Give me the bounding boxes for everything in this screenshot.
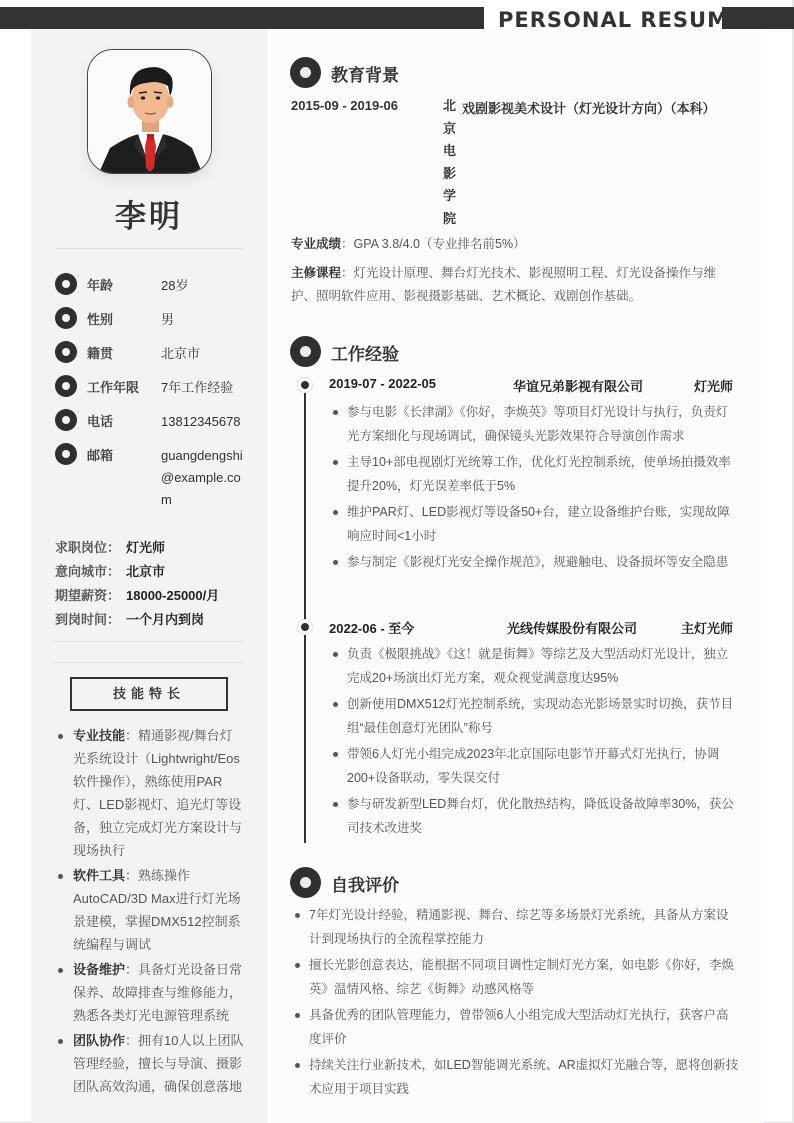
education-major: 戏剧影视美术设计（灯光设计方向）（本科）: [462, 98, 716, 117]
sidebar: 李明 年龄 28岁 性别 男 籍贯 北京市 工作年限 7年工作经验 电话 138…: [31, 29, 267, 1123]
avatar-portrait-icon: [88, 50, 212, 174]
info-value: 28岁: [161, 275, 247, 297]
job-company: 光线传媒股份有限公司: [507, 618, 637, 637]
self-evaluation-item: 擅长光影创意表达，能根据不同项目调性定制灯光方案，如电影《你好，李焕英》温情风格…: [291, 953, 739, 1001]
email-link[interactable]: guangdengshi@example.com: [161, 445, 247, 511]
job-intent-city: 意向城市：北京市: [55, 561, 165, 581]
info-value: 男: [161, 309, 247, 331]
education-gpa: 专业成绩：GPA 3.8/4.0（专业排名前5%）: [291, 233, 741, 256]
section-title: 自我评价: [331, 871, 399, 896]
info-label: 工作年限: [87, 377, 139, 396]
info-row-hometown: 籍贯 北京市: [55, 340, 255, 370]
info-label: 性别: [87, 309, 113, 328]
circle-bullet-icon: [55, 307, 77, 329]
section-bullet-icon: [290, 867, 321, 898]
circle-bullet-icon: [55, 443, 77, 465]
skill-item: 软件工具：熟练操作AutoCAD/3D Max进行灯光场景建模，掌握DMX512…: [55, 864, 245, 956]
job-bullet: 维护PAR灯、LED影视灯等设备50+台，建立设备维护台账，实现故障响应时间<1…: [329, 500, 739, 548]
timeline-line: [304, 385, 306, 843]
job-bullet: 参与电影《长津湖》《你好，李焕英》等项目灯光设计与执行，负责灯光方案细化与现场调…: [329, 400, 739, 448]
circle-bullet-icon: [55, 409, 77, 431]
avatar: [87, 49, 212, 174]
skill-item: 团队协作：拥有10人以上团队管理经验，擅长与导演、摄影团队高效沟通，确保创意落地: [55, 1029, 245, 1098]
job-position: 灯光师: [694, 376, 733, 395]
info-label: 年龄: [87, 275, 113, 294]
job-bullets: 负责《极限挑战》《这！就是街舞》等综艺及大型活动灯光设计，独立完成20+场演出灯…: [329, 642, 739, 842]
self-evaluation-item: 持续关注行业新技术，如LED智能调光系统、AR虚拟灯光融合等，愿将创新技术应用于…: [291, 1053, 739, 1101]
circle-bullet-icon: [55, 273, 77, 295]
info-label: 电话: [87, 411, 113, 430]
job-date: 2022-06 - 至今: [329, 618, 414, 637]
job-date: 2019-07 - 2022-05: [329, 376, 436, 391]
info-row-age: 年龄 28岁: [55, 272, 255, 302]
divider: [55, 248, 243, 249]
skills-list: 专业技能：精通影视/舞台灯光系统设计（Lightwright/Eos软件操作），…: [55, 724, 245, 1100]
job-header: 2019-07 - 2022-05 华谊兄弟影视有限公司 灯光师: [329, 376, 733, 396]
info-value: 北京市: [161, 343, 247, 365]
info-row-gender: 性别 男: [55, 306, 255, 336]
info-label: 籍贯: [87, 343, 113, 362]
circle-bullet-icon: [55, 341, 77, 363]
education-school: 北京电影学院: [443, 95, 457, 230]
job-bullets: 参与电影《长津湖》《你好，李焕英》等项目灯光设计与执行，负责灯光方案细化与现场调…: [329, 400, 739, 576]
divider: [55, 662, 243, 663]
job-intent-start: 到岗时间：一个月内到岗: [55, 609, 204, 629]
job-intent-salary: 期望薪资：18000-25000/月: [55, 585, 219, 605]
divider: [55, 641, 243, 642]
section-title: 工作经验: [331, 340, 399, 365]
info-label: 邮箱: [87, 445, 113, 464]
section-bullet-icon: [290, 57, 321, 88]
education-date: 2015-09 - 2019-06: [291, 98, 398, 113]
job-intent-position: 求职岗位：灯光师: [55, 537, 165, 557]
self-evaluation-item: 7年灯光设计经验，精通影视、舞台、综艺等多场景灯光系统，具备从方案设计到现场执行…: [291, 903, 739, 951]
section-bullet-icon: [290, 336, 321, 367]
skills-title: 技能特长: [70, 677, 228, 711]
job-bullet: 带领6人灯光小组完成2023年北京国际电影节开幕式灯光执行，协调200+设备联动…: [329, 742, 739, 790]
section-title: 教育背景: [331, 61, 399, 86]
timeline-dot-icon: [297, 619, 313, 635]
timeline-dot-icon: [297, 377, 313, 393]
job-bullet: 参与研发新型LED舞台灯，优化散热结构，降低设备故障率30%，获公司技术改进奖: [329, 792, 739, 840]
self-evaluation-item: 具备优秀的团队管理能力，曾带领6人小组完成大型活动灯光执行，获客户高度评价: [291, 1003, 739, 1051]
info-row-phone: 电话 13812345678: [55, 408, 255, 438]
job-position: 主灯光师: [681, 618, 733, 637]
circle-bullet-icon: [55, 375, 77, 397]
skill-item: 设备维护：具备灯光设备日常保养、故障排查与维修能力，熟悉各类灯光电源管理系统: [55, 958, 245, 1027]
job-bullet: 创新使用DMX512灯光控制系统，实现动态光影场景实时切换，获节目组“最佳创意灯…: [329, 692, 739, 740]
job-bullet: 参与制定《影视灯光安全操作规范》，规避触电、设备损坏等安全隐患: [329, 550, 739, 574]
profile-name: 李明: [31, 191, 267, 236]
info-value: 13812345678: [161, 411, 247, 433]
info-row-email: 邮箱 guangdengshi@example.com: [55, 442, 255, 512]
info-row-experience: 工作年限 7年工作经验: [55, 374, 255, 404]
education-courses: 主修课程：灯光设计原理、舞台灯光技术、影视照明工程、灯光设备操作与维护、照明软件…: [291, 262, 741, 308]
main-content: 教育背景 2015-09 - 2019-06 北京电影学院 戏剧影视美术设计（灯…: [267, 29, 764, 1123]
job-header: 2022-06 - 至今 光线传媒股份有限公司 主灯光师: [329, 618, 733, 638]
self-evaluation-list: 7年灯光设计经验，精通影视、舞台、综艺等多场景灯光系统，具备从方案设计到现场执行…: [291, 903, 739, 1103]
job-bullet: 主导10+部电视剧灯光统筹工作，优化灯光控制系统，使单场拍摄效率提升20%，灯光…: [329, 450, 739, 498]
resume-page: PERSONAL RESUME: [0, 0, 794, 1123]
info-value: 7年工作经验: [161, 377, 247, 399]
skill-item: 专业技能：精通影视/舞台灯光系统设计（Lightwright/Eos软件操作），…: [55, 724, 245, 862]
job-company: 华谊兄弟影视有限公司: [513, 376, 643, 395]
job-bullet: 负责《极限挑战》《这！就是街舞》等综艺及大型活动灯光设计，独立完成20+场演出灯…: [329, 642, 739, 690]
